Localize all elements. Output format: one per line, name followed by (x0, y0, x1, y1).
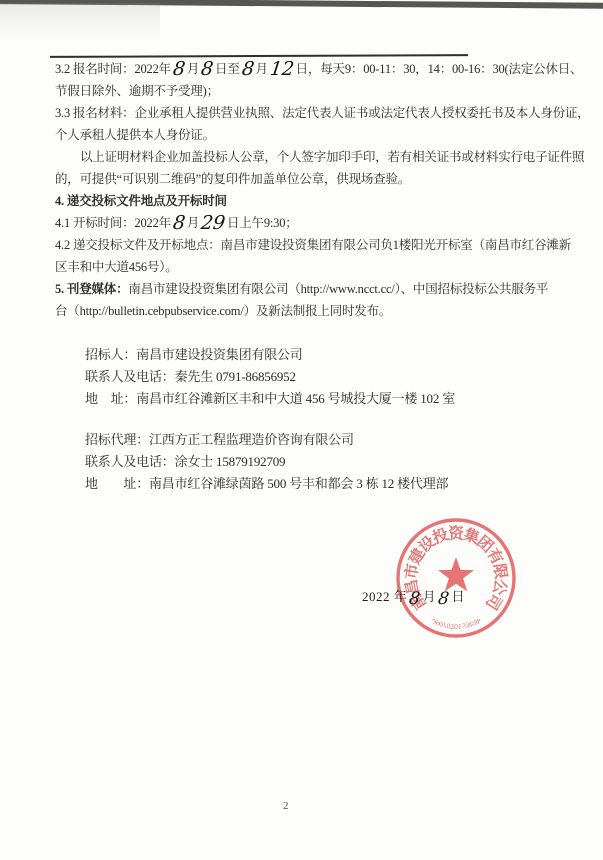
section-5-line-1: 5. 刊登媒体：南昌市建设投资集团有限公司（http://www.ncct.cc… (55, 278, 555, 300)
tenderer-name: 招标人：南昌市建设投资集团有限公司 (85, 344, 555, 366)
section-5-line-2: 台（http://bulletin.cebpubservice.com/）及新法… (55, 300, 555, 322)
clause-4-1-text: 日上午9:30； (227, 216, 298, 230)
scan-corner-shadow (0, 3, 160, 55)
clause-3-2-line-2: 节假日除外、逾期不予受理)； (55, 80, 555, 102)
section-5-label: 5. 刊登媒体： (55, 282, 128, 296)
clause-3-3-line-1: 3.3 报名材料：企业承租人提供营业执照、法定代表人证书或法定代表人授权委托书及… (55, 102, 555, 124)
clause-4-1-text: 4.1 开标时间：2022年 (55, 216, 171, 230)
handwritten-day: 29 (200, 214, 226, 233)
section-5-text: 南昌市建设投资集团有限公司（http://www.ncct.cc/）、中国招标投… (128, 282, 548, 296)
agent-phone: 联系人及电话：涂女士 15879192709 (85, 451, 555, 473)
tenderer-phone: 联系人及电话：秦先生 0791-86856952 (85, 366, 555, 388)
clause-3-2-text: 日，每天9：00-11：30，14：00-16：30(法定公休日、 (296, 62, 583, 76)
handwritten-month: 8 (408, 591, 421, 608)
clause-3-2-text: 3.2 报名时间：2022年 (55, 62, 171, 76)
handwritten-day: 8 (200, 60, 214, 79)
handwritten-month: 8 (172, 214, 186, 233)
handwritten-month: 8 (240, 60, 254, 79)
agent-contact-block: 招标代理：江西方正工程监理造价咨询有限公司 联系人及电话：涂女士 1587919… (85, 429, 555, 495)
official-seal-graphic: 南昌市建设投资集团有限公司 3601020173658 (381, 503, 531, 653)
certificate-paragraph-line-1: 以上证明材料企业加盖投标人公章，个人签字加印手印，若有相关证书或材料实行电子证件… (55, 146, 555, 168)
handwritten-month: 8 (172, 60, 186, 79)
seal-date-year: 2022 年 (362, 589, 407, 604)
handwritten-day: 12 (269, 60, 295, 79)
section-4-heading: 4. 递交投标文件地点及开标时间 (55, 190, 555, 212)
tenderer-address: 地 址：南昌市红谷滩新区丰和中大道 456 号城投大厦一楼 102 室 (85, 388, 555, 410)
page-number: 2 (283, 800, 289, 812)
clause-4-2-line-1: 4.2 递交投标文件及开标地点：南昌市建设投资集团有限公司负1楼阳光开标室（南昌… (55, 234, 555, 256)
clause-4-1-text: 月 (187, 216, 199, 230)
clause-3-2-line-1: 3.2 报名时间：2022年8月8日至8月12日，每天9：00-11：30，14… (55, 58, 555, 80)
clause-4-2-line-2: 区丰和中大道456号）。 (55, 256, 555, 278)
document-body: 3.2 报名时间：2022年8月8日至8月12日，每天9：00-11：30，14… (55, 58, 555, 322)
clause-3-2-text: 月 (256, 62, 268, 76)
clause-3-2-text: 月 (187, 62, 199, 76)
agent-name: 招标代理：江西方正工程监理造价咨询有限公司 (85, 429, 555, 451)
handwritten-day: 8 (437, 591, 450, 608)
agent-address: 地 址：南昌市红谷滩绿茵路 500 号丰和都会 3 栋 12 楼代理部 (85, 473, 555, 495)
clause-3-3-line-2: 个人承租人提供本人身份证。 (55, 124, 555, 146)
seal-date-suffix: 日 (451, 589, 465, 604)
scanned-document-page: 3.2 报名时间：2022年8月8日至8月12日，每天9：00-11：30，14… (0, 0, 603, 860)
official-seal: 南昌市建设投资集团有限公司 3601020173658 (381, 503, 531, 653)
seal-serial-number: 3601020173658 (430, 616, 482, 631)
tenderer-contact-block: 招标人：南昌市建设投资集团有限公司 联系人及电话：秦先生 0791-868569… (85, 344, 555, 410)
seal-date-mid: 月 (423, 589, 437, 604)
certificate-paragraph-line-2: 的，可提供“可识别二维码”的复印件加盖单位公章，供现场查验。 (55, 168, 555, 190)
clause-3-2-text: 日至 (215, 62, 240, 76)
clause-4-1-line: 4.1 开标时间：2022年8月29日上午9:30； (55, 212, 555, 234)
seal-date-line: 2022 年8月8日 (362, 586, 465, 608)
